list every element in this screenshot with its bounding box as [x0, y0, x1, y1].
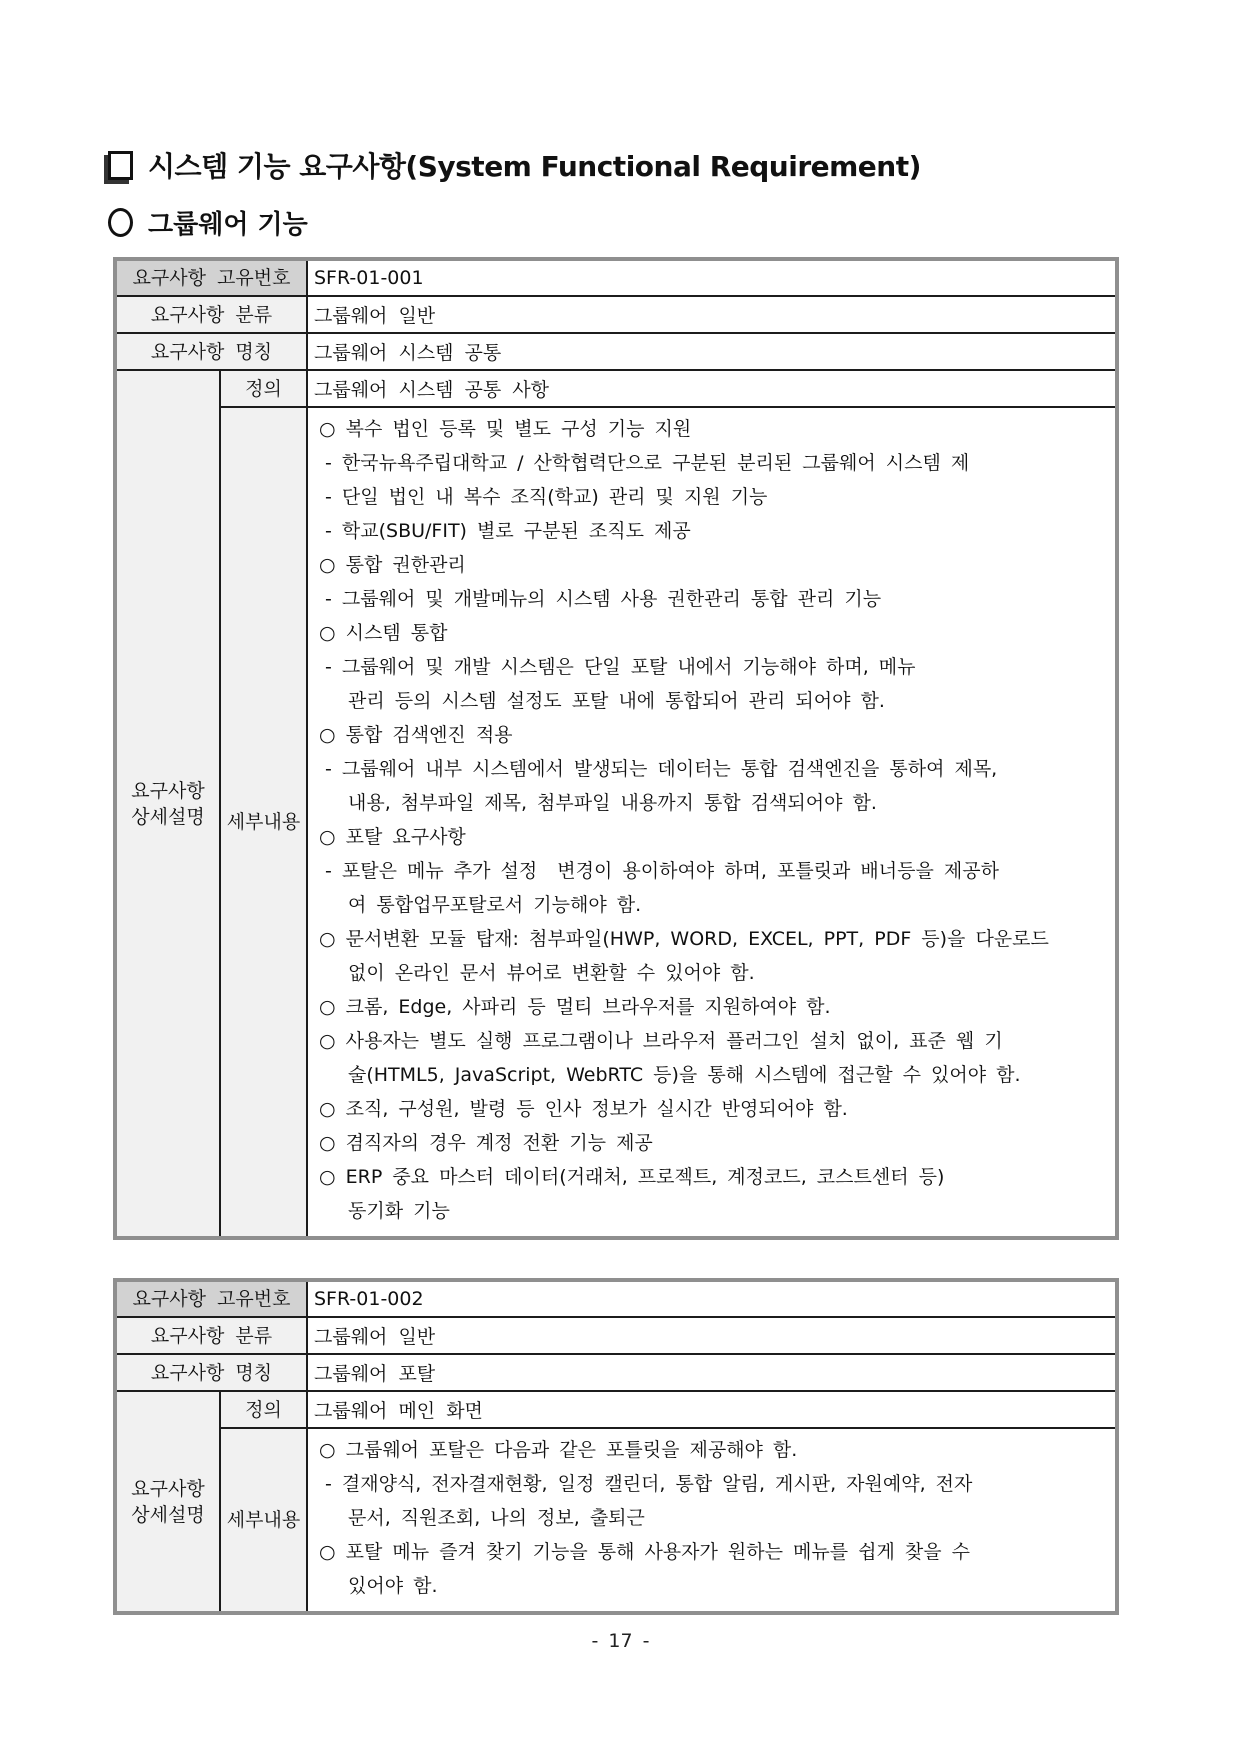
table-row: 요구사항 상세설명 정의 그룹웨어 시스템 공통 사항: [115, 370, 1117, 407]
detail-line: ○ 문서변환 모듈 탑재: 첨부파일(HWP, WORD, EXCEL, PPT…: [312, 922, 1111, 956]
detail-line: 여 통합업무포탈로서 기능해야 함.: [312, 888, 1111, 922]
requirement-table-sfr-01-001: 요구사항 고유번호 SFR-01-001 요구사항 분류 그룹웨어 일반 요구사…: [113, 257, 1119, 1240]
circle-bullet-icon: [108, 208, 133, 237]
detail-line: ○ 복수 법인 등록 및 별도 구성 기능 지원: [312, 412, 1111, 446]
detail-line: ○ 사용자는 별도 실행 프로그램이나 브라우저 플러그인 설치 없이, 표준 …: [312, 1024, 1111, 1058]
detail-line: 내용, 첨부파일 제목, 첨부파일 내용까지 통합 검색되어야 함.: [312, 786, 1111, 820]
square-bullet-icon: [108, 151, 133, 180]
section-title-text: 그룹웨어 기능: [148, 204, 308, 241]
detail-line: 관리 등의 시스템 설정도 포탈 내에 통합되어 관리 되어야 함.: [312, 684, 1111, 718]
detail-line: ○ 통합 권한관리: [312, 548, 1111, 582]
document-page: 시스템 기능 요구사항(System Functional Requiremen…: [0, 0, 1241, 1755]
table-row: 요구사항 명칭 그룹웨어 포탈: [115, 1354, 1117, 1391]
definition-label: 정의: [220, 1391, 307, 1428]
detail-line: - 포탈은 메뉴 추가 설정 변경이 용이하여야 하며, 포틀릿과 배너등을 제…: [312, 854, 1111, 888]
detail-line: 있어야 함.: [312, 1569, 1111, 1603]
doc-title-text: 시스템 기능 요구사항(System Functional Requiremen…: [148, 145, 921, 185]
detail-line: ○ 포탈 메뉴 즐겨 찾기 기능을 통해 사용자가 원하는 메뉴를 쉽게 찾을 …: [312, 1535, 1111, 1569]
req-detail-label: 요구사항 상세설명: [115, 1391, 220, 1613]
definition-label: 정의: [220, 370, 307, 407]
req-id-value: SFR-01-001: [307, 259, 1117, 296]
table-row: 요구사항 분류 그룹웨어 일반: [115, 296, 1117, 333]
requirement-table-sfr-01-002: 요구사항 고유번호 SFR-01-002 요구사항 분류 그룹웨어 일반 요구사…: [113, 1278, 1119, 1615]
detail-line: - 그룹웨어 및 개발 시스템은 단일 포탈 내에서 기능해야 하며, 메뉴: [312, 650, 1111, 684]
req-name-label: 요구사항 명칭: [115, 333, 307, 370]
detail-line: ○ 조직, 구성원, 발령 등 인사 정보가 실시간 반영되어야 함.: [312, 1092, 1111, 1126]
detail-line: ○ 시스템 통합: [312, 616, 1111, 650]
detail-line: ○ 겸직자의 경우 계정 전환 기능 제공: [312, 1126, 1111, 1160]
definition-value: 그룹웨어 메인 화면: [307, 1391, 1117, 1428]
details-content: ○ 복수 법인 등록 및 별도 구성 기능 지원- 한국뉴욕주립대학교 / 산학…: [307, 407, 1117, 1238]
req-detail-label: 요구사항 상세설명: [115, 370, 220, 1238]
detail-line: - 한국뉴욕주립대학교 / 산학협력단으로 구분된 분리된 그룹웨어 시스템 제: [312, 446, 1111, 480]
req-id-label: 요구사항 고유번호: [115, 1280, 307, 1317]
detail-line: 없이 온라인 문서 뷰어로 변환할 수 있어야 함.: [312, 956, 1111, 990]
table-row: 요구사항 상세설명 정의 그룹웨어 메인 화면: [115, 1391, 1117, 1428]
detail-line: ○ 크롬, Edge, 사파리 등 멀티 브라우저를 지원하여야 함.: [312, 990, 1111, 1024]
req-category-value: 그룹웨어 일반: [307, 1317, 1117, 1354]
detail-line: ○ 통합 검색엔진 적용: [312, 718, 1111, 752]
detail-line: 문서, 직원조회, 나의 정보, 출퇴근: [312, 1501, 1111, 1535]
req-id-label: 요구사항 고유번호: [115, 259, 307, 296]
section-title: 그룹웨어 기능: [108, 204, 1241, 241]
req-name-label: 요구사항 명칭: [115, 1354, 307, 1391]
table-row: 요구사항 고유번호 SFR-01-002: [115, 1280, 1117, 1317]
table-row: 요구사항 명칭 그룹웨어 시스템 공통: [115, 333, 1117, 370]
detail-line: - 그룹웨어 및 개발메뉴의 시스템 사용 권한관리 통합 관리 기능: [312, 582, 1111, 616]
req-id-value: SFR-01-002: [307, 1280, 1117, 1317]
details-label: 세부내용: [220, 407, 307, 1238]
req-category-label: 요구사항 분류: [115, 296, 307, 333]
detail-line: 동기화 기능: [312, 1194, 1111, 1228]
table-row: 요구사항 고유번호 SFR-01-001: [115, 259, 1117, 296]
req-category-label: 요구사항 분류: [115, 1317, 307, 1354]
detail-line: ○ ERP 중요 마스터 데이터(거래처, 프로젝트, 계정코드, 코스트센터 …: [312, 1160, 1111, 1194]
detail-line: ○ 포탈 요구사항: [312, 820, 1111, 854]
detail-line: - 결재양식, 전자결재현황, 일정 캘린더, 통합 알림, 게시판, 자원예약…: [312, 1467, 1111, 1501]
req-category-value: 그룹웨어 일반: [307, 296, 1117, 333]
detail-line: - 단일 법인 내 복수 조직(학교) 관리 및 지원 기능: [312, 480, 1111, 514]
page-number: - 17 -: [0, 1630, 1241, 1652]
req-name-value: 그룹웨어 시스템 공통: [307, 333, 1117, 370]
definition-value: 그룹웨어 시스템 공통 사항: [307, 370, 1117, 407]
details-content: ○ 그룹웨어 포탈은 다음과 같은 포틀릿을 제공해야 함.- 결재양식, 전자…: [307, 1428, 1117, 1613]
detail-line: - 그룹웨어 내부 시스템에서 발생되는 데이터는 통합 검색엔진을 통하여 제…: [312, 752, 1111, 786]
detail-line: 술(HTML5, JavaScript, WebRTC 등)을 통해 시스템에 …: [312, 1058, 1111, 1092]
doc-title: 시스템 기능 요구사항(System Functional Requiremen…: [108, 145, 1241, 185]
table-row: 요구사항 분류 그룹웨어 일반: [115, 1317, 1117, 1354]
detail-line: ○ 그룹웨어 포탈은 다음과 같은 포틀릿을 제공해야 함.: [312, 1433, 1111, 1467]
req-name-value: 그룹웨어 포탈: [307, 1354, 1117, 1391]
table-row: 세부내용 ○ 복수 법인 등록 및 별도 구성 기능 지원- 한국뉴욕주립대학교…: [115, 407, 1117, 1238]
details-label: 세부내용: [220, 1428, 307, 1613]
table-row: 세부내용 ○ 그룹웨어 포탈은 다음과 같은 포틀릿을 제공해야 함.- 결재양…: [115, 1428, 1117, 1613]
detail-line: - 학교(SBU/FIT) 별로 구분된 조직도 제공: [312, 514, 1111, 548]
